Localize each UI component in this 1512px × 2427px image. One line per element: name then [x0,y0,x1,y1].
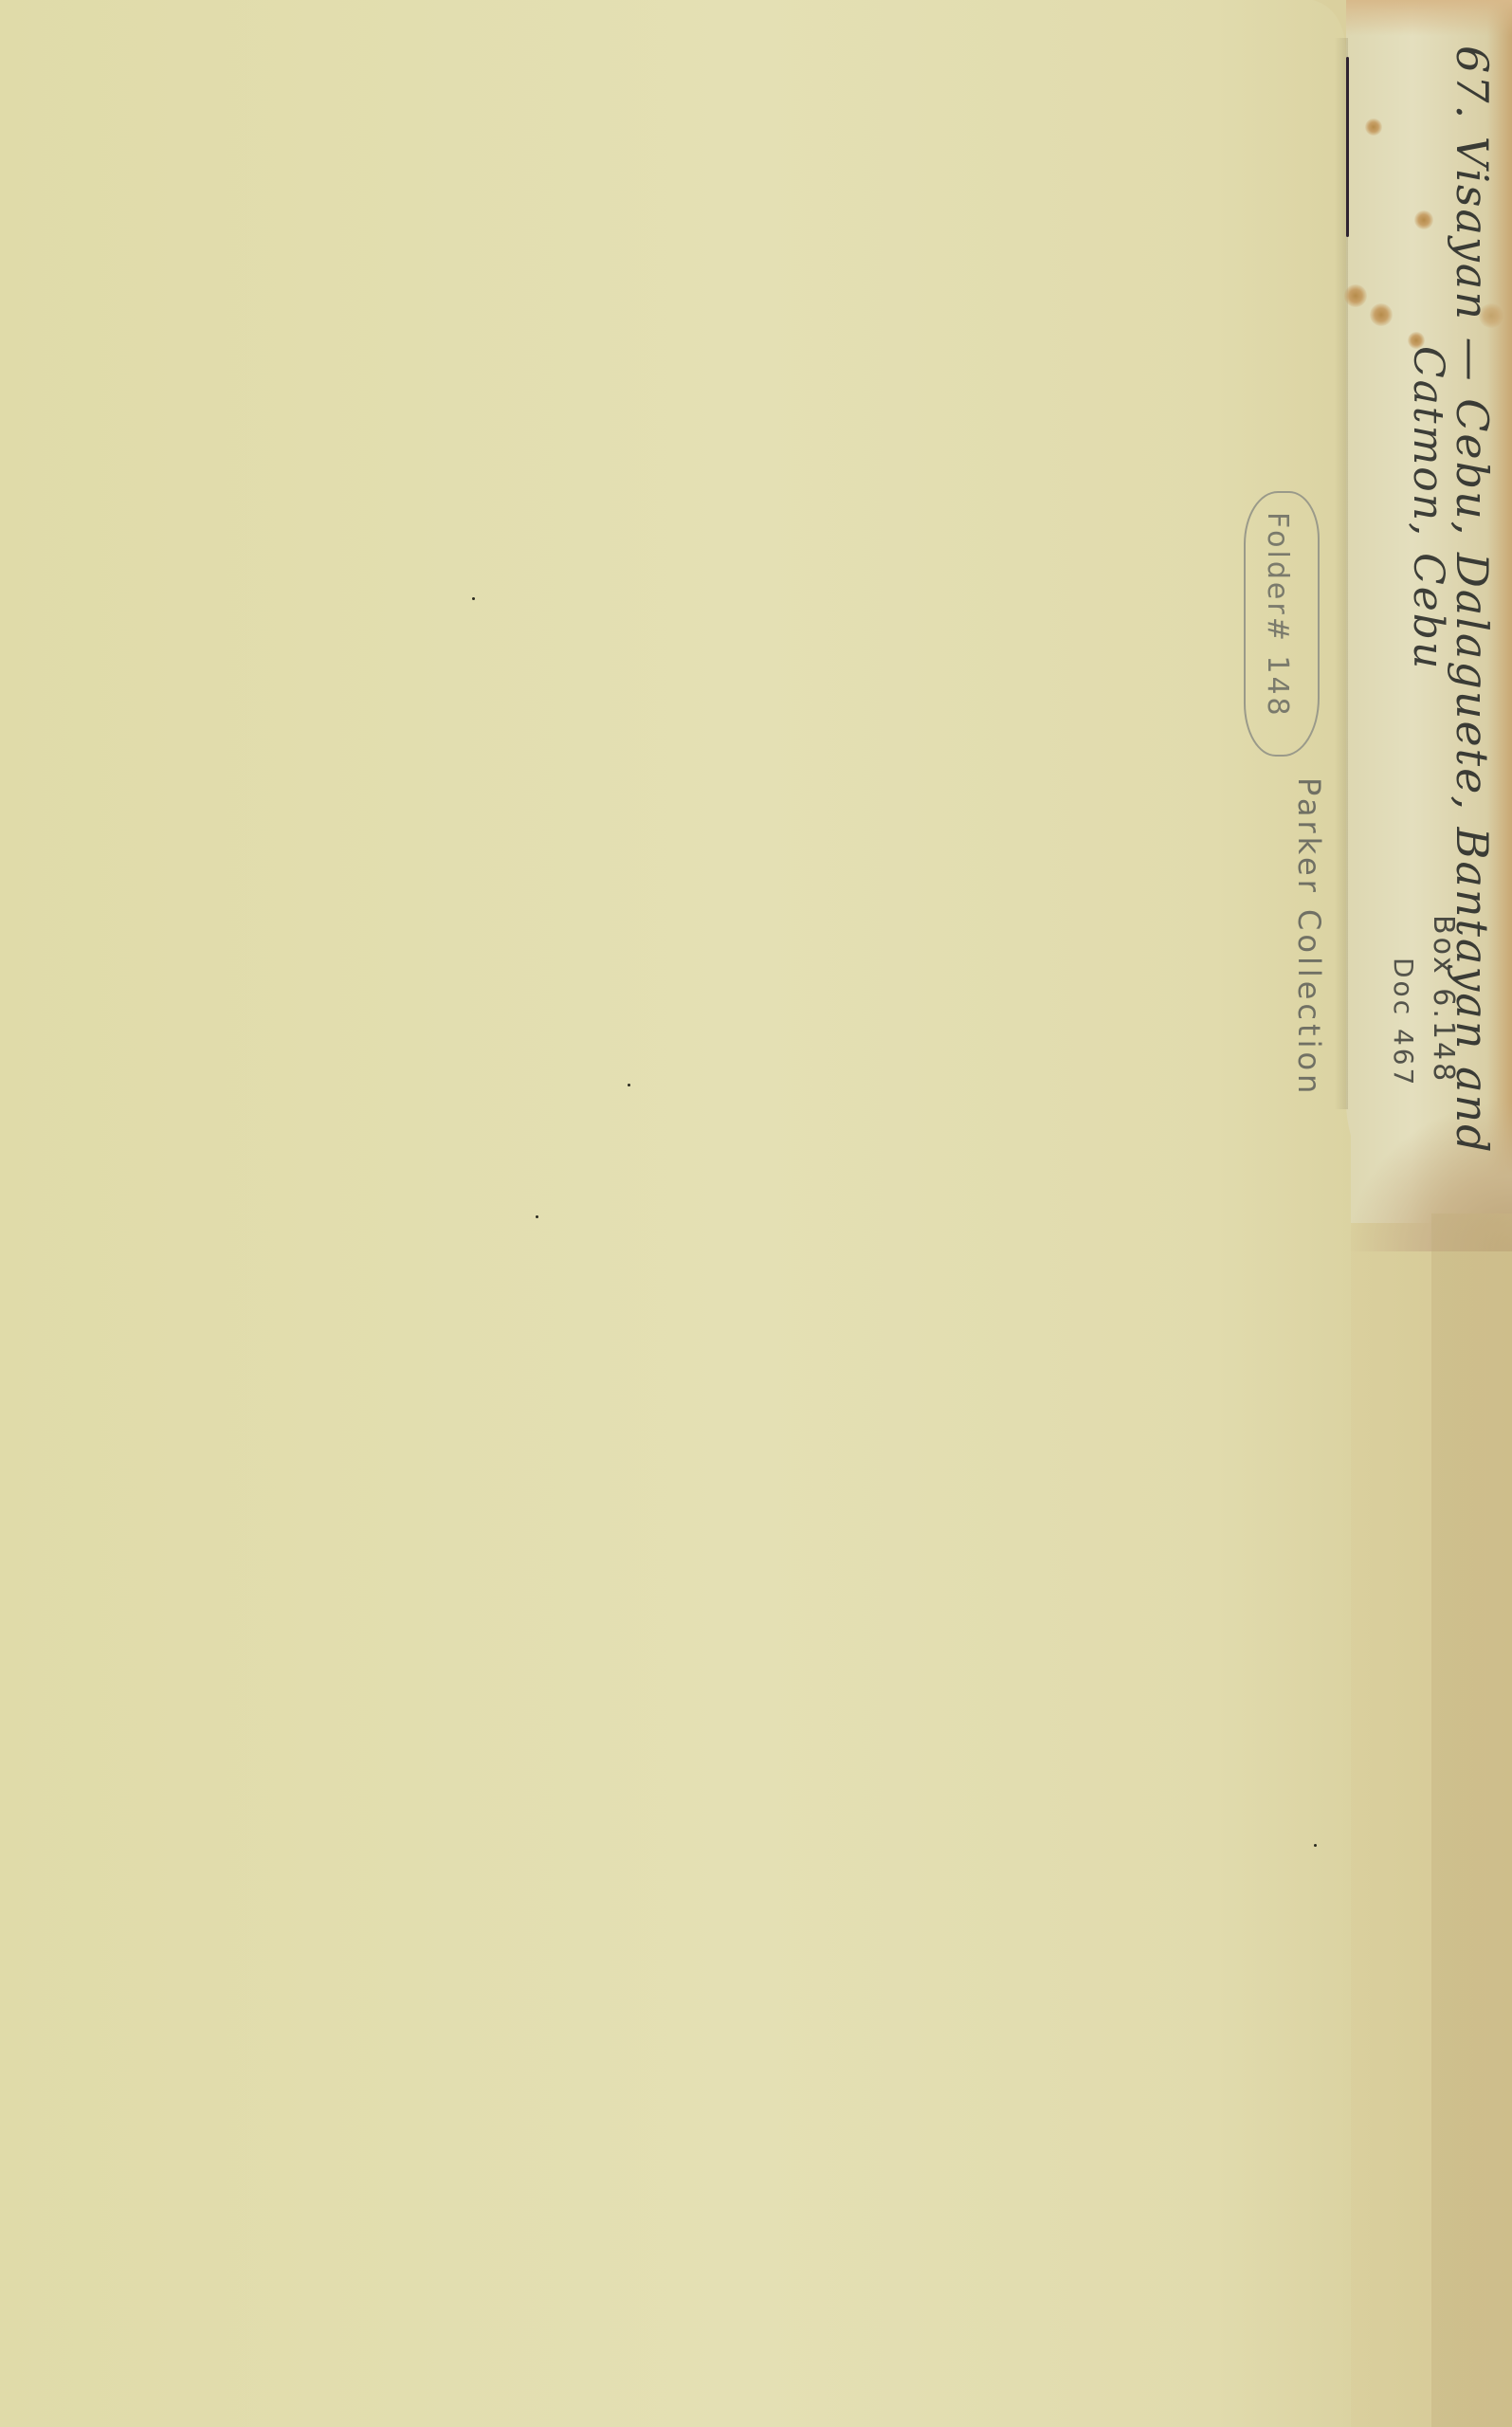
collection-note: Parker Collection [1291,777,1327,1097]
doc-number: Doc 467 [1388,958,1419,1087]
folder-edge-shadow [1431,1213,1512,2427]
paper-speck [628,1084,630,1086]
tab-top-stain [1346,0,1512,36]
foxing-stain [1370,303,1393,326]
paper-speck [536,1215,538,1218]
folder-front-panel [0,0,1351,2427]
foxing-stain [1365,119,1382,136]
foxing-stain [1414,210,1433,229]
paper-speck [1314,1844,1317,1847]
paper-speck [472,597,475,600]
box-number: Box 6.148 [1427,915,1460,1084]
foxing-stain [1344,284,1367,307]
tab-label-line2: Catmon, Cebu [1404,346,1452,670]
folder-number: Folder# 148 [1261,512,1294,719]
ink-edge-mark [1346,57,1349,237]
